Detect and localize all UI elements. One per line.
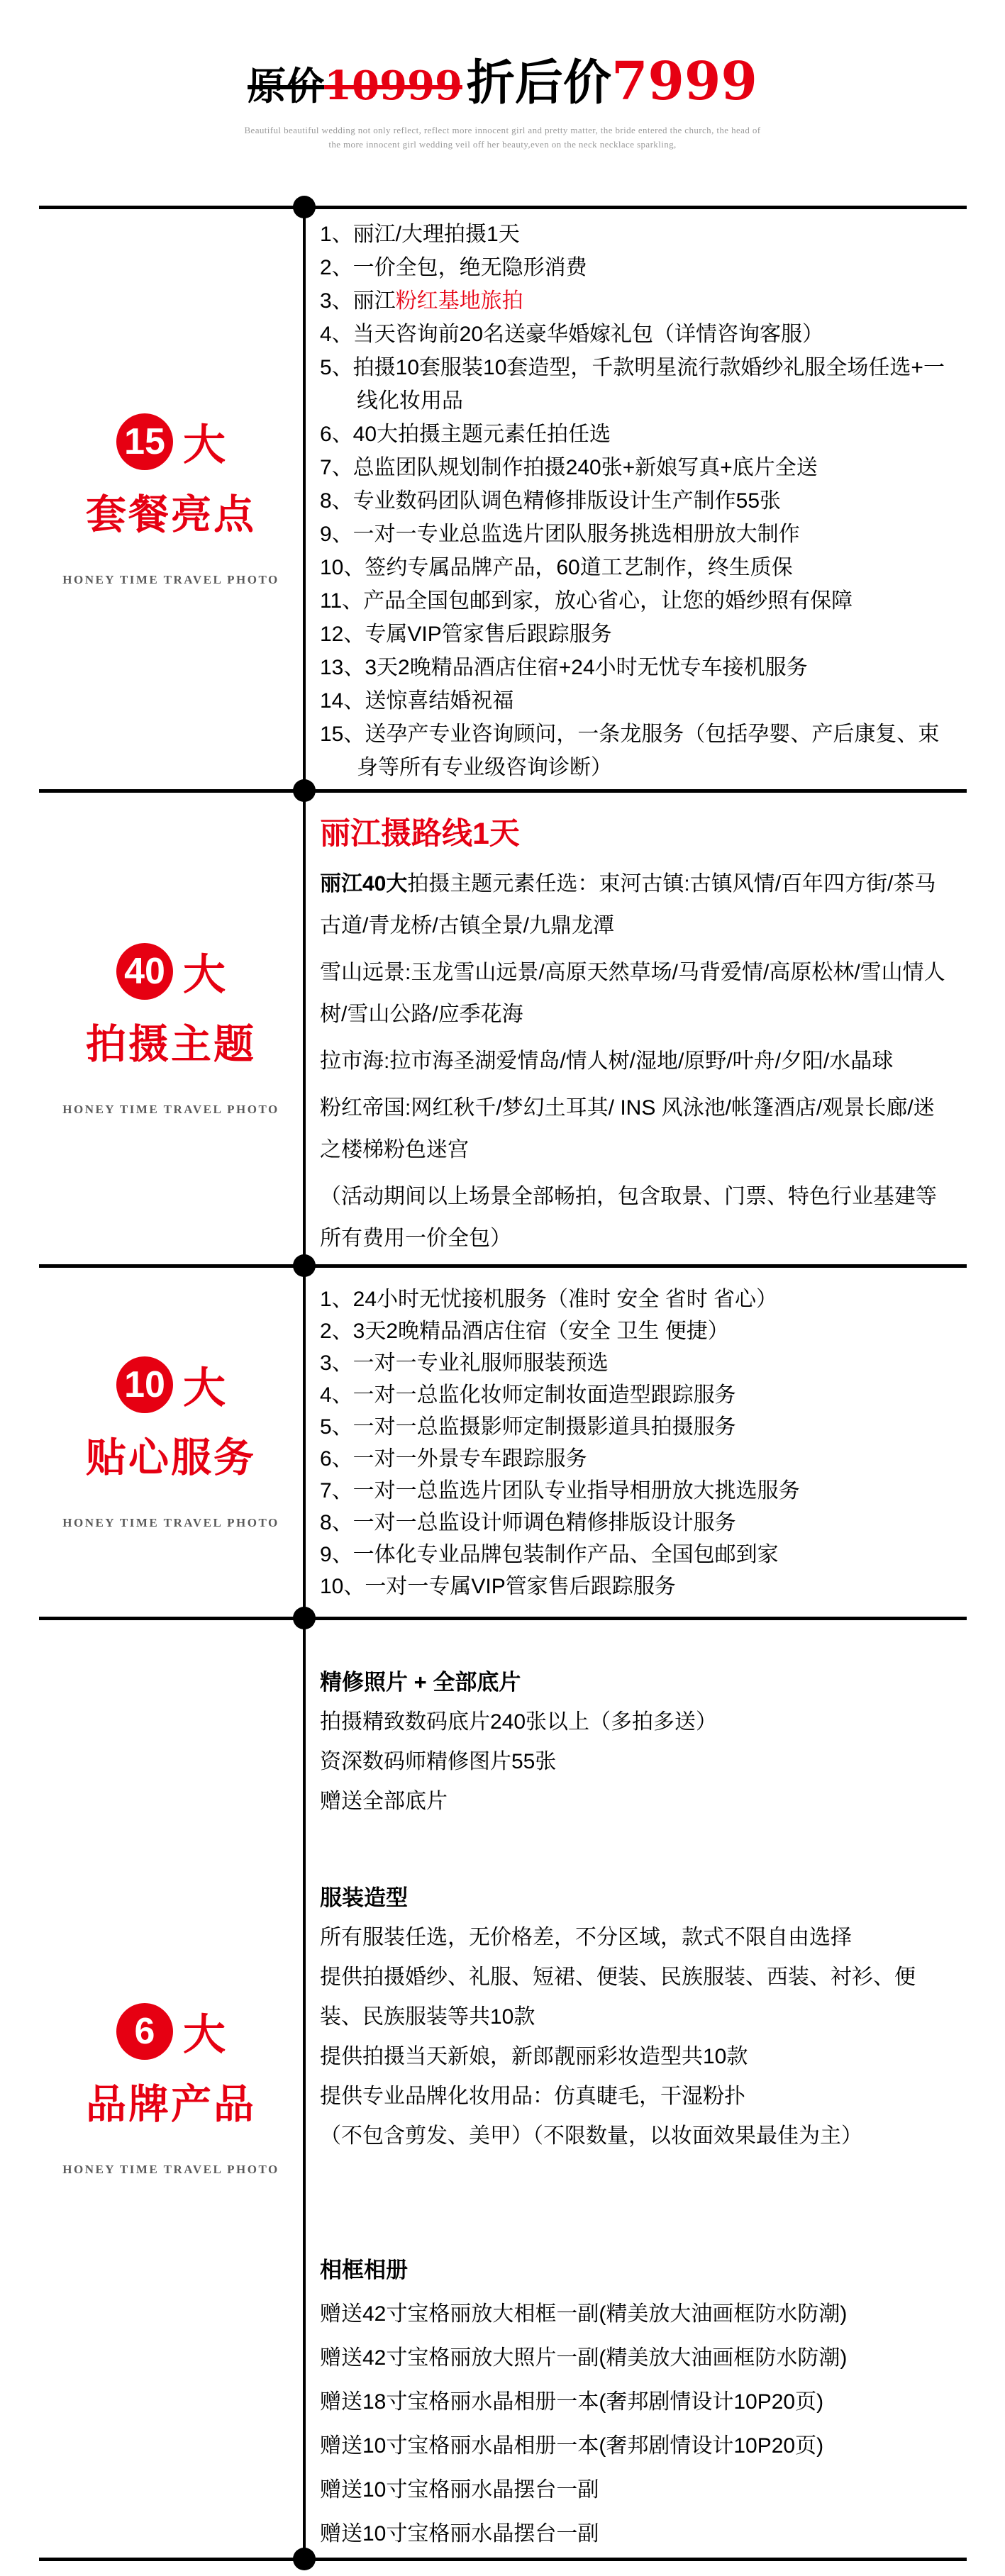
divider-top (39, 206, 967, 209)
block-line: 赠送10寸宝格丽水晶摆台一副 (320, 2468, 954, 2512)
badge-number: 15 (116, 413, 173, 470)
section-label-cell: 40 大 拍摄主题 HONEY TIME TRAVEL PHOTO (39, 793, 303, 1264)
theme-paragraph: 粉红帝国:网红秋千/梦幻土耳其/ INS 风泳池/帐篷酒店/观景长廊/迷之楼梯粉… (320, 1087, 954, 1171)
divider-bottom (39, 2558, 967, 2561)
block-line: 赠送42寸宝格丽放大照片一副(精美放大油画框防水防潮) (320, 2336, 954, 2380)
block-costume-styling: 服装造型 所有服装任选，无价格差，不分区域，款式不限自由选择 提供拍摄婚纱、礼服… (320, 1878, 954, 2156)
section-content: 丽江摄路线1天 丽江40大拍摄主题元素任选：束河古镇:古镇风情/百年四方街/茶马… (303, 793, 967, 1264)
list-item: 8、专业数码团队调色精修排版设计生产制作55张 (320, 484, 954, 518)
list-item: 5、拍摄10套服装10套造型，千款明星流行款婚纱礼服全场任选+一线化妆用品 (320, 351, 954, 418)
list-item: 15、送孕产专业咨询顾问，一条龙服务（包括孕婴、产后康复、束身等所有专业级咨询诊… (320, 718, 954, 784)
intersection-dot (293, 2548, 316, 2570)
intersection-dot (293, 196, 316, 218)
price-line: 原价10999折后价7999 (0, 55, 1005, 108)
promo-header: 原价10999折后价7999 Beautiful beautiful weddi… (0, 0, 1005, 206)
list-item: 3、一对一专业礼服师服装预选 (320, 1347, 954, 1379)
list-item: 11、产品全国包邮到家，放心省心，让您的婚纱照有保障 (320, 584, 954, 618)
badge-number: 40 (116, 943, 173, 1000)
block-line: 赠送全部底片 (320, 1782, 954, 1822)
block-heading: 相框相册 (320, 2248, 954, 2292)
list-item: 9、一对一专业总监选片团队服务挑选相册放大制作 (320, 518, 954, 551)
block-line: 提供拍摄婚纱、礼服、短裙、便装、民族服装、西装、衬衫、便装、民族服装等共10款 (320, 1958, 954, 2037)
section-package-highlights: 15 大 套餐亮点 HONEY TIME TRAVEL PHOTO 1、丽江/大… (39, 209, 967, 789)
section-brand-products: 6 大 品牌产品 HONEY TIME TRAVEL PHOTO 精修照片 + … (39, 1620, 967, 2558)
section-content: 1、24小时无忧接机服务（准时 安全 省时 省心） 2、3天2晚精品酒店住宿（安… (303, 1268, 967, 1617)
list-item: 8、一对一总监设计师调色精修排版设计服务 (320, 1507, 954, 1539)
watermark-text: HONEY TIME TRAVEL PHOTO (62, 1103, 279, 1117)
block-line: 拍摄精致数码底片240张以上（多拍多送） (320, 1702, 954, 1742)
badge-row: 6 大 (62, 2001, 279, 2062)
block-line: 资深数码师精修图片55张 (320, 1742, 954, 1782)
list-item: 6、一对一外景专车跟踪服务 (320, 1443, 954, 1475)
section-title: 贴心服务 (62, 1425, 279, 1483)
original-price-label: 原价 (248, 63, 324, 108)
list-item: 5、一对一总监摄影师定制摄影道具拍摄服务 (320, 1411, 954, 1443)
badge-row: 10 大 (62, 1354, 279, 1415)
intersection-dot (293, 779, 316, 802)
list-item: 14、送惊喜结婚祝福 (320, 684, 954, 718)
list-item: 4、当天咨询前20名送豪华婚嫁礼包（详情咨询客服） (320, 318, 954, 351)
badge-number: 10 (116, 1356, 173, 1413)
divider-3 (39, 1264, 967, 1268)
watermark-text: HONEY TIME TRAVEL PHOTO (62, 2163, 279, 2177)
section-title: 品牌产品 (62, 2072, 279, 2130)
paragraph-lead: 丽江40大 (320, 872, 407, 896)
divider-4 (39, 1617, 967, 1620)
section-label: 15 大 套餐亮点 HONEY TIME TRAVEL PHOTO (62, 411, 279, 587)
list-item: 10、签约专属品牌产品，60道工艺制作，终生质保 (320, 551, 954, 584)
vertical-rule (303, 206, 306, 2561)
badge-da-character: 大 (183, 1354, 226, 1415)
block-retouched-photos: 精修照片 + 全部底片 拍摄精致数码底片240张以上（多拍多送） 资深数码师精修… (320, 1663, 954, 1822)
block-line: 提供专业品牌化妆用品：仿真睫毛，干湿粉扑 (320, 2077, 954, 2117)
badge-da-character: 大 (183, 2001, 226, 2062)
block-frames-albums: 相框相册 赠送42寸宝格丽放大相框一副(精美放大油画框防水防潮) 赠送42寸宝格… (320, 2248, 954, 2556)
list-item: 6、40大拍摄主题元素任拍任选 (320, 418, 954, 451)
section-title: 拍摄主题 (62, 1012, 279, 1070)
discount-price-label: 折后价 (467, 55, 611, 111)
list-item: 7、总监团队规划制作拍摄240张+新娘写真+底片全送 (320, 451, 954, 484)
theme-paragraph: （活动期间以上场景全部畅拍，包含取景、门票、特色行业基建等所有费用一价全包） (320, 1176, 954, 1259)
list-item: 3、丽江粉红基地旅拍 (320, 284, 954, 318)
theme-paragraph: 雪山远景:玉龙雪山远景/高原天然草场/马背爱情/高原松林/雪山情人树/雪山公路/… (320, 952, 954, 1035)
badge-row: 15 大 (62, 411, 279, 472)
section-label-cell: 10 大 贴心服务 HONEY TIME TRAVEL PHOTO (39, 1268, 303, 1617)
original-price-value: 10999 (324, 62, 462, 109)
divider-2 (39, 789, 967, 793)
english-subtitle: Beautiful beautiful wedding not only ref… (0, 123, 1005, 152)
theme-paragraph: 拉市海:拉市海圣湖爱情岛/情人树/湿地/原野/叶舟/夕阳/水晶球 (320, 1040, 954, 1082)
theme-paragraph: 丽江40大拍摄主题元素任选：束河古镇:古镇风情/百年四方街/茶马古道/青龙桥/古… (320, 863, 954, 947)
route-title: 丽江摄路线1天 (320, 810, 954, 853)
section-label: 10 大 贴心服务 HONEY TIME TRAVEL PHOTO (62, 1354, 279, 1530)
block-heading: 精修照片 + 全部底片 (320, 1663, 954, 1702)
list-item: 1、24小时无忧接机服务（准时 安全 省时 省心） (320, 1283, 954, 1315)
badge-da-character: 大 (183, 941, 226, 1002)
section-label-cell: 6 大 品牌产品 HONEY TIME TRAVEL PHOTO (39, 1620, 303, 2558)
english-subtitle-line1: Beautiful beautiful wedding not only ref… (0, 123, 1005, 138)
highlight-list: 1、丽江/大理拍摄1天 2、一价全包，绝无隐形消费 3、丽江粉红基地旅拍 4、当… (320, 218, 954, 784)
block-line: （不包含剪发、美甲）（不限数量，以妆面效果最佳为主） (320, 2117, 954, 2156)
discount-price-value: 7999 (611, 51, 757, 112)
intersection-dot (293, 1254, 316, 1277)
block-heading: 服装造型 (320, 1878, 954, 1918)
section-shooting-themes: 40 大 拍摄主题 HONEY TIME TRAVEL PHOTO 丽江摄路线1… (39, 793, 967, 1264)
intersection-dot (293, 1607, 316, 1629)
service-list: 1、24小时无忧接机服务（准时 安全 省时 省心） 2、3天2晚精品酒店住宿（安… (320, 1283, 954, 1602)
section-label: 6 大 品牌产品 HONEY TIME TRAVEL PHOTO (62, 2001, 279, 2177)
badge-row: 40 大 (62, 941, 279, 1002)
section-caring-services: 10 大 贴心服务 HONEY TIME TRAVEL PHOTO 1、24小时… (39, 1268, 967, 1617)
list-item: 2、3天2晚精品酒店住宿（安全 卫生 便捷） (320, 1315, 954, 1347)
block-line: 所有服装任选，无价格差，不分区域，款式不限自由选择 (320, 1918, 954, 1958)
highlighted-red-text: 粉红基地旅拍 (396, 289, 523, 313)
block-line: 赠送18寸宝格丽水晶相册一本(奢邦剧情设计10P20页) (320, 2380, 954, 2424)
badge-number: 6 (116, 2003, 173, 2060)
section-label: 40 大 拍摄主题 HONEY TIME TRAVEL PHOTO (62, 941, 279, 1117)
list-item: 2、一价全包，绝无隐形消费 (320, 251, 954, 284)
watermark-text: HONEY TIME TRAVEL PHOTO (62, 573, 279, 587)
section-title: 套餐亮点 (62, 482, 279, 540)
block-line: 提供拍摄当天新娘，新郎靓丽彩妆造型共10款 (320, 2037, 954, 2077)
english-subtitle-line2: the more innocent girl wedding veil off … (0, 138, 1005, 152)
list-item: 4、一对一总监化妆师定制妆面造型跟踪服务 (320, 1379, 954, 1411)
list-item: 7、一对一总监选片团队专业指导相册放大挑选服务 (320, 1475, 954, 1507)
list-item: 1、丽江/大理拍摄1天 (320, 218, 954, 251)
list-item: 12、专属VIP管家售后跟踪服务 (320, 618, 954, 651)
block-line: 赠送10寸宝格丽水晶相册一本(奢邦剧情设计10P20页) (320, 2424, 954, 2468)
section-content: 精修照片 + 全部底片 拍摄精致数码底片240张以上（多拍多送） 资深数码师精修… (303, 1620, 967, 2558)
block-line: 赠送10寸宝格丽水晶摆台一副 (320, 2512, 954, 2556)
list-item: 10、一对一专属VIP管家售后跟踪服务 (320, 1571, 954, 1602)
list-item: 9、一体化专业品牌包装制作产品、全国包邮到家 (320, 1539, 954, 1571)
watermark-text: HONEY TIME TRAVEL PHOTO (62, 1516, 279, 1530)
list-item: 13、3天2晚精品酒店住宿+24小时无忧专车接机服务 (320, 651, 954, 684)
section-content: 1、丽江/大理拍摄1天 2、一价全包，绝无隐形消费 3、丽江粉红基地旅拍 4、当… (303, 209, 967, 789)
section-label-cell: 15 大 套餐亮点 HONEY TIME TRAVEL PHOTO (39, 209, 303, 789)
block-line: 赠送42寸宝格丽放大相框一副(精美放大油画框防水防潮) (320, 2292, 954, 2336)
package-detail-table: 15 大 套餐亮点 HONEY TIME TRAVEL PHOTO 1、丽江/大… (39, 206, 967, 2561)
badge-da-character: 大 (183, 411, 226, 472)
